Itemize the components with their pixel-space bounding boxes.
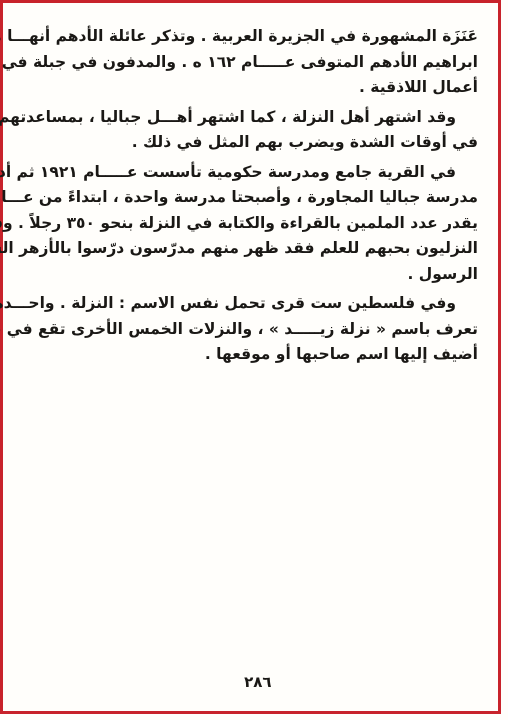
page-number: ٢٨٦ (244, 673, 271, 691)
paragraph-six-namesake-villages: وفي فلسطين ست قرى تحمل نفس الاسم : النزل… (24, 291, 478, 368)
text-line: النزليون بحبهم للعلم فقد ظهر منهم مدرّسو… (24, 236, 478, 262)
text-line: مدرسة جباليا المجاورة ، وأصبحتا مدرسة وا… (24, 185, 478, 211)
text-line: في أوقات الشدة ويضرب بهم المثل في ذلك . (24, 130, 478, 156)
paragraph-mutual-help: وقد اشتهر أهل النزلة ، كما اشتهر أهـــل … (24, 105, 478, 156)
text-line: أعمال اللاذقية . (24, 75, 478, 101)
text-line: الرسول . (24, 262, 478, 288)
text-line: وقد اشتهر أهل النزلة ، كما اشتهر أهـــل … (24, 105, 478, 131)
text-line: وفي فلسطين ست قرى تحمل نفس الاسم : النزل… (24, 291, 478, 317)
paragraph-mosque-and-school: في القرية جامع ومدرسة حكومية تأسست عــــ… (24, 160, 478, 288)
text-line: أضيف إليها اسم صاحبها أو موقعها . (24, 342, 478, 368)
text-line: عَنَزَة المشهورة في الجزيرة العربية . وت… (24, 24, 478, 50)
text-line: يقدر عدد الملمين بالقراءة والكتابة في ال… (24, 211, 478, 237)
paragraph-anazah-adham-lineage: عَنَزَة المشهورة في الجزيرة العربية . وت… (24, 24, 478, 101)
text-line: تعرف باسم « نزلة زيـــــد » ، والنزلات ا… (24, 317, 478, 343)
book-page: عَنَزَة المشهورة في الجزيرة العربية . وت… (0, 0, 508, 720)
text-line: ابراهيم الأدهم المتوفى عـــــام ١٦٢ ه . … (24, 50, 478, 76)
body-text: عَنَزَة المشهورة في الجزيرة العربية . وت… (24, 24, 478, 372)
text-line: في القرية جامع ومدرسة حكومية تأسست عــــ… (24, 160, 478, 186)
